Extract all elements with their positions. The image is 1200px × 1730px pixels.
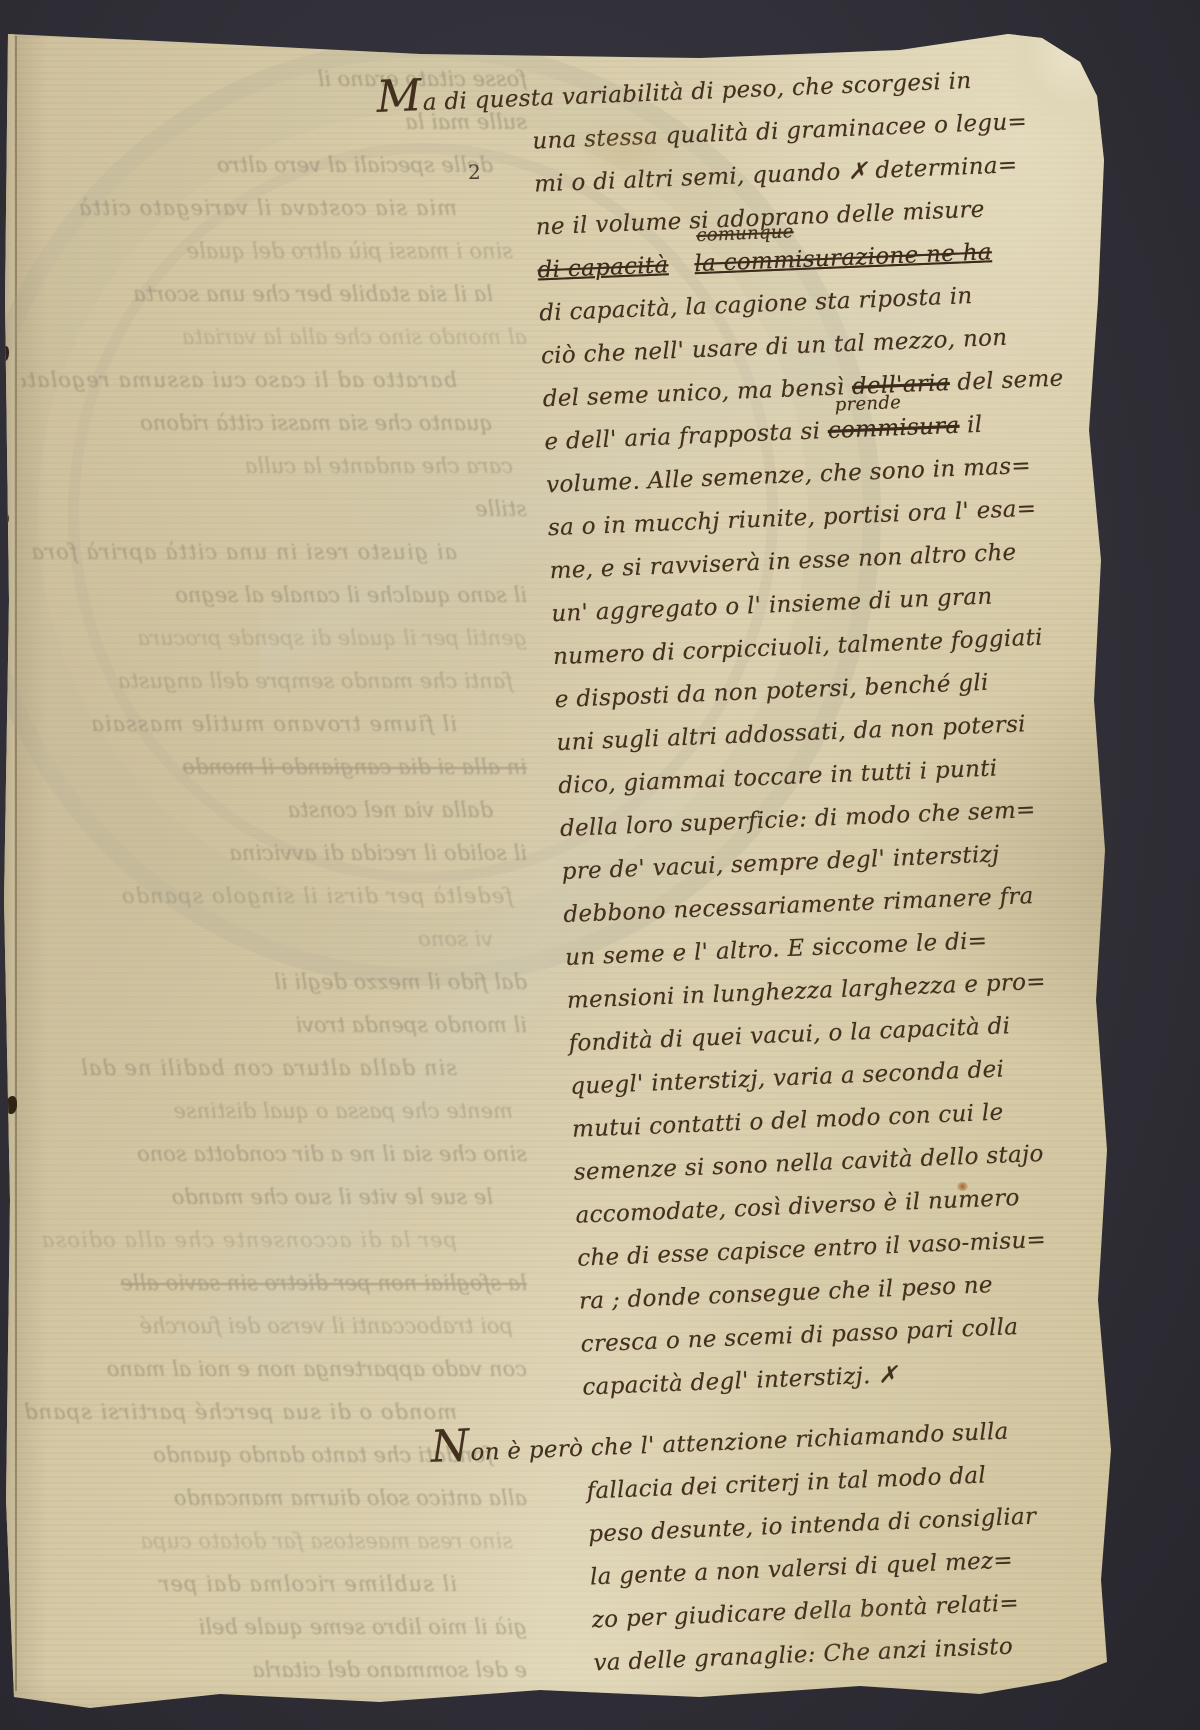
line-text: e dell' aria frapposta si — [544, 418, 828, 455]
line-text: del seme — [949, 365, 1064, 396]
page-binding-seam — [15, 36, 17, 1691]
struck-text: la commisurazione ne ha — [694, 239, 992, 277]
stain — [780, 1600, 940, 1660]
paragraph: Ma di questa variabilità di peso, che sc… — [372, 55, 1159, 1416]
stain — [957, 1182, 968, 1191]
line-text: del seme unico, ma bensì — [542, 374, 852, 412]
photo-backdrop: fosse citato erano ilsulle mai ladelle s… — [0, 0, 1200, 1730]
inserted-word: prende — [834, 394, 901, 415]
stain — [565, 120, 685, 180]
struck-text: di capacità — [537, 252, 669, 283]
manuscript-page: fosse citato erano ilsulle mai ladelle s… — [0, 0, 1200, 1730]
page-binding-edge — [0, 34, 14, 1699]
correction-group: prendecommisura — [827, 413, 960, 444]
recto-text: Ma di questa variabilità di peso, che sc… — [372, 55, 1170, 1692]
line-text: il — [959, 412, 983, 439]
inserted-word-struck: comunque — [696, 223, 794, 245]
struck-text: commisura — [827, 413, 960, 444]
